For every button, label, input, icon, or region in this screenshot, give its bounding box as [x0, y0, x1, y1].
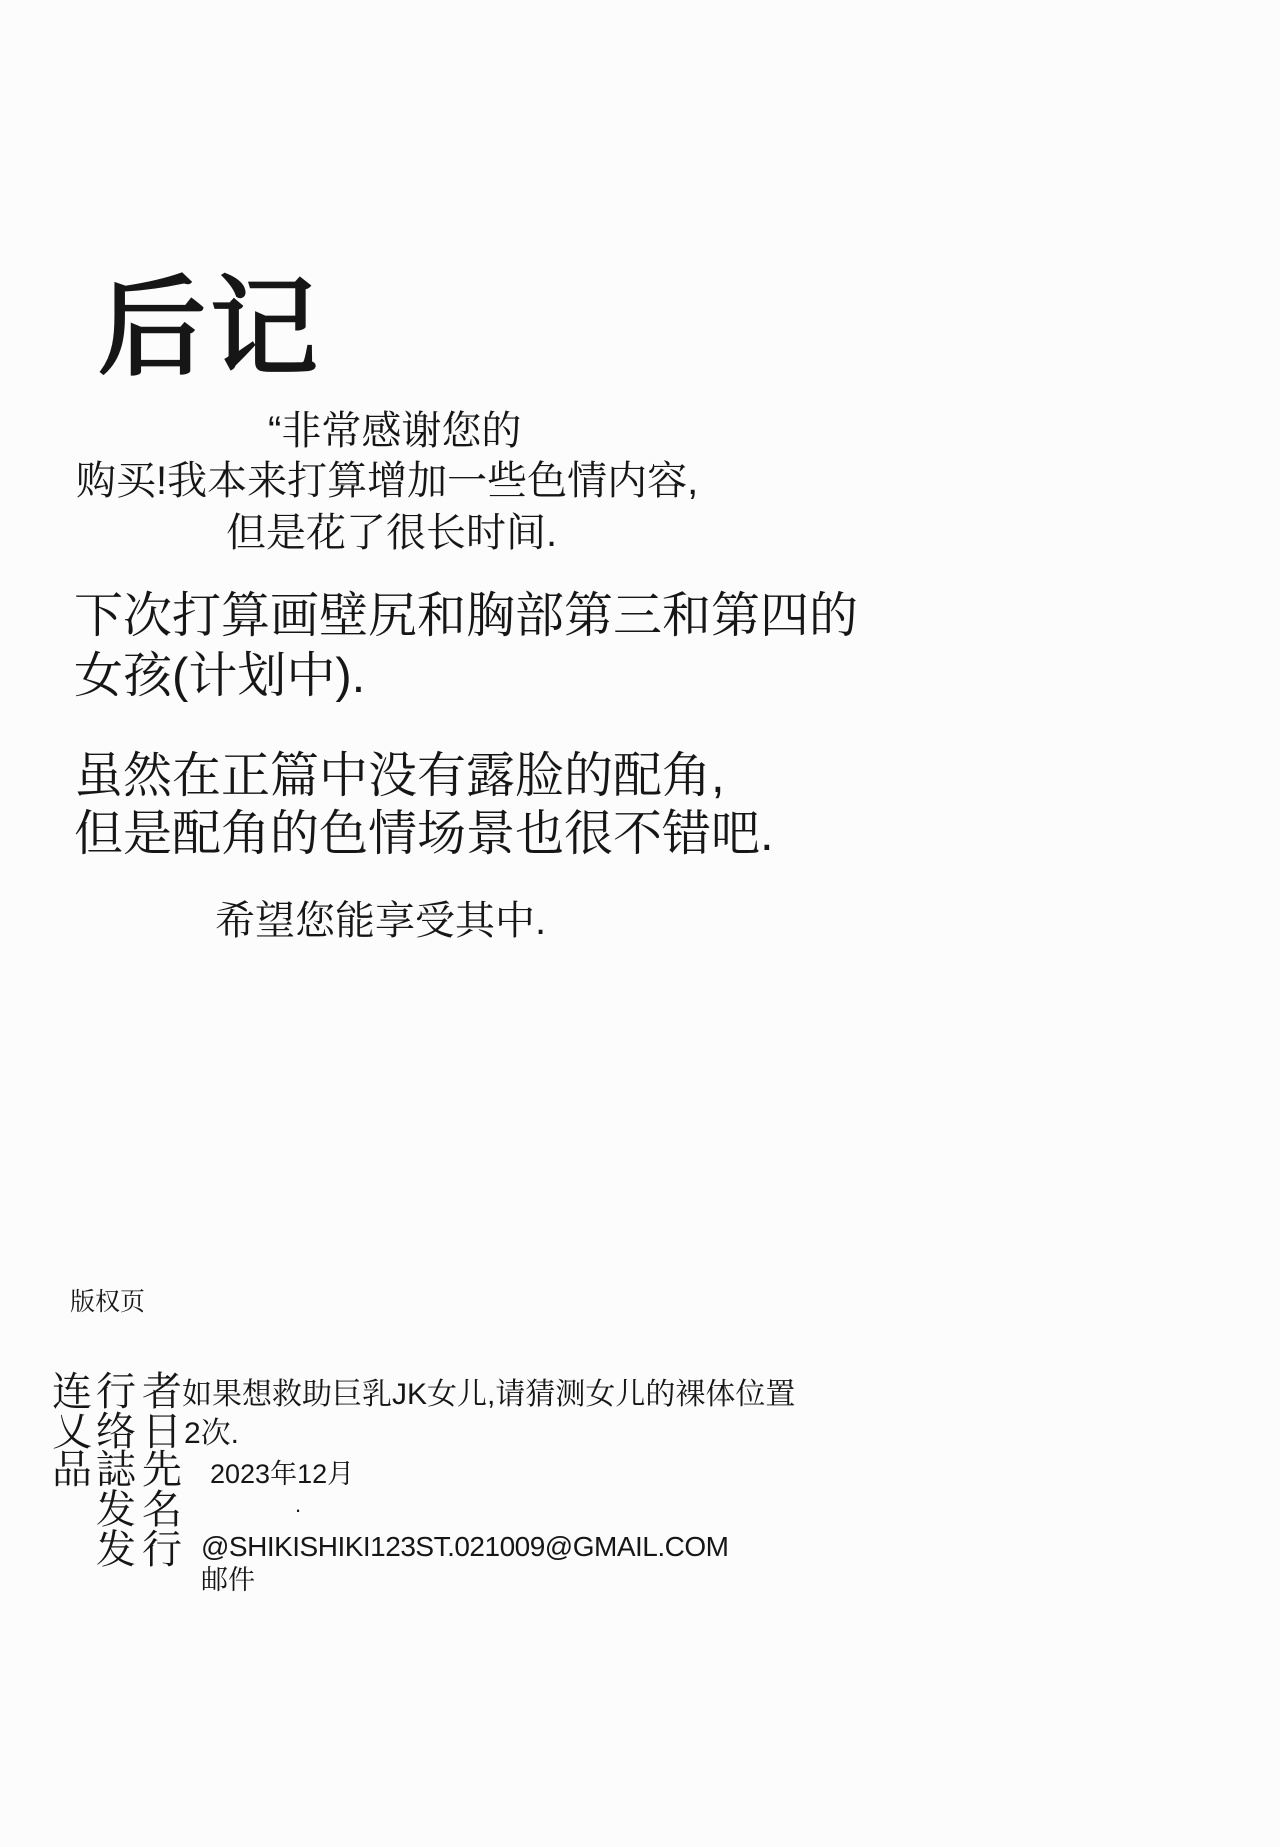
afterword-paragraph2-line1: 下次打算画壁尻和胸部第三和第四的 [74, 588, 858, 644]
afterword-paragraph3-line1: 虽然在正篇中没有露脸的配角, [74, 748, 725, 804]
copyright-page-label: 版权页 [70, 1288, 145, 1317]
colophon-email: @SHIKISHIKI123ST.021009@GMAIL.COM [201, 1531, 728, 1563]
colophon-label-char: 者 [142, 1372, 182, 1412]
colophon-label-char: 品 [52, 1450, 92, 1490]
afterword-closing-line: 希望您能享受其中. [215, 898, 546, 944]
colophon-label-char: 行 [96, 1372, 136, 1412]
colophon-date-period: . [295, 1492, 301, 1517]
colophon-label-char: 先 [142, 1450, 182, 1490]
afterword-paragraph3-line2: 但是配角的色情场景也很不错吧. [74, 806, 774, 862]
afterword-paragraph2-line2: 女孩(计划中). [74, 648, 365, 704]
afterword-paragraph1-line1: “非常感谢您的 [268, 408, 521, 454]
colophon-label-char: 乂 [52, 1412, 92, 1452]
afterword-paragraph1-line2: 购买!我本来打算增加一些色情内容, [76, 458, 698, 504]
colophon-label-char: 络 [96, 1412, 136, 1452]
colophon-email-caption: 邮件 [201, 1565, 255, 1596]
afterword-paragraph1-line3: 但是花了很长时间. [226, 510, 557, 556]
colophon-label-char: 誌 [96, 1450, 136, 1490]
colophon-label-char: 连 [52, 1372, 92, 1412]
colophon-label-char: 日 [142, 1412, 182, 1452]
colophon-label-char: 发 [96, 1530, 136, 1570]
afterword-page: 后记 “非常感谢您的 购买!我本来打算增加一些色情内容, 但是花了很长时间. 下… [0, 0, 1280, 1847]
page-title: 后记 [98, 266, 322, 390]
colophon-label-char: 发 [96, 1490, 136, 1530]
colophon-date: 2023年12月 [210, 1459, 354, 1490]
colophon-row2-text: 2次. [184, 1417, 239, 1452]
colophon-row1-text: 如果想救助巨乳JK女儿,请猜测女儿的裸体位置 [182, 1378, 795, 1413]
colophon-label-char: 行 [142, 1530, 182, 1570]
colophon-label-char: 名 [142, 1490, 182, 1530]
